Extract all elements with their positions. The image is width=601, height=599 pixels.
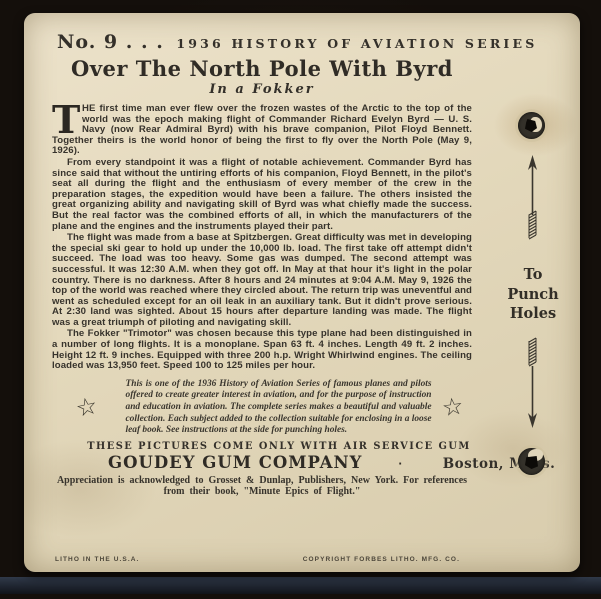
litho-credit: LITHO IN THE U.S.A. [55, 556, 139, 563]
company-name: GOUDEY GUM COMPANY [108, 453, 362, 472]
series-title: 1936 HISTORY OF AVIATION SERIES [176, 36, 537, 51]
paragraph-2: From every standpoint it was a flight of… [52, 158, 472, 232]
star-icon: ☆ [74, 394, 100, 422]
copyright-credit: COPYRIGHT FORBES LITHO. MFG. CO. [303, 556, 460, 563]
company-row: GOUDEY GUM COMPANY · Boston, Mass. [52, 453, 472, 472]
paragraph-4: The Fokker "Trimotor" was chosen because… [52, 329, 472, 371]
up-arrow-icon [524, 153, 541, 249]
paragraph-3: The flight was made from a base at Spitz… [52, 233, 472, 328]
separator-dot: · [398, 456, 402, 471]
card-subtitle: In a Fokker [52, 82, 472, 97]
card-holder-edge [0, 577, 601, 594]
card-title: Over The North Pole With Byrd [52, 56, 472, 81]
footer-row: LITHO IN THE U.S.A. COPYRIGHT FORBES LIT… [55, 556, 460, 563]
trading-card-back: No. 9 . . . 1936 HISTORY OF AVIATION SER… [24, 13, 580, 572]
main-column: Over The North Pole With Byrd In a Fokke… [52, 56, 472, 497]
punch-hole-top [518, 112, 545, 139]
publisher-credit: Appreciation is acknowledged to Grosset … [52, 476, 472, 498]
punch-hole-bottom [518, 448, 545, 475]
star-icon: ☆ [440, 394, 465, 421]
paragraph-1-text: HE first time man ever flew over the fro… [52, 103, 472, 156]
down-arrow-icon [524, 334, 541, 430]
credit-line-1: Appreciation is acknowledged to Grosset … [52, 476, 472, 487]
drop-cap: T [52, 105, 77, 134]
card-number: No. 9 . . . [57, 31, 164, 53]
body-text: THE first time man ever flew over the fr… [52, 104, 472, 372]
card-header-line: No. 9 . . . 1936 HISTORY OF AVIATION SER… [57, 31, 580, 53]
punch-label-line-3: Holes [499, 304, 567, 324]
punch-label-line-2: Punch [499, 285, 567, 305]
series-note-row: ☆ This is one of the 1936 History of Avi… [52, 379, 472, 437]
series-note: This is one of the 1936 History of Aviat… [126, 379, 432, 437]
credit-line-2: from their book, "Minute Epics of Flight… [52, 487, 472, 498]
paragraph-1: THE first time man ever flew over the fr… [52, 104, 472, 157]
punch-label-line-1: To [499, 265, 567, 285]
scan-background: No. 9 . . . 1936 HISTORY OF AVIATION SER… [0, 0, 601, 599]
gum-slogan: THESE PICTURES COME ONLY WITH AIR SERVIC… [52, 441, 472, 452]
punch-holes-label: To Punch Holes [499, 265, 567, 324]
